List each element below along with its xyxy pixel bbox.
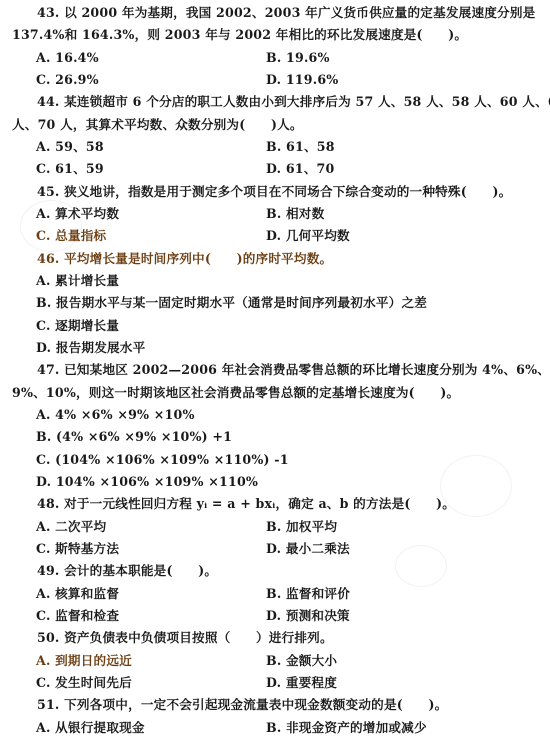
question-48-option-b[interactable]: B. 加权平均 [266,516,337,538]
question-48-option-d[interactable]: D. 最小二乘法 [266,538,350,560]
question-45-options-row-1: A. 算术平均数 B. 相对数 [0,203,550,225]
question-44-options-row-2: C. 61、59 D. 61、70 [0,158,550,180]
question-46-option-d-row: D. 报告期发展水平 [0,337,550,359]
question-47-option-d-row: D. 104% ×106% ×109% ×110% [0,471,550,493]
question-47-stem-line-1: 47. 已知某地区 2002—2006 年社会消费品零售总额的环比增长速度分别为… [0,359,550,381]
question-44-option-c[interactable]: C. 61、59 [36,158,104,180]
question-43-option-b[interactable]: B. 19.6% [266,47,330,69]
question-46-option-c[interactable]: C. 逐期增长量 [36,315,119,337]
question-45-stem: 45. 狭义地讲，指数是用于测定多个项目在不同场合下综合变动的一种特殊( )。 [0,181,550,203]
question-44-option-a[interactable]: A. 59、58 [36,136,104,158]
question-47-option-c-row: C. (104% ×106% ×109% ×110%) -1 [0,449,550,471]
exam-page: 43. 以 2000 年为基期，我国 2002、2003 年广义货币供应量的定基… [0,0,550,750]
question-48-stem: 48. 对于一元线性回归方程 yᵢ = a + bxᵢ，确定 a、b 的方法是(… [0,493,550,515]
question-46-option-a[interactable]: A. 累计增长量 [36,270,119,292]
question-43-options-row-2: C. 26.9% D. 119.6% [0,69,550,91]
question-47-option-a-row: A. 4% ×6% ×9% ×10% [0,404,550,426]
question-43-stem-line-1: 43. 以 2000 年为基期，我国 2002、2003 年广义货币供应量的定基… [0,2,550,24]
question-49-options-row-1: A. 核算和监督 B. 监督和评价 [0,583,550,605]
question-47-option-b-row: B. (4% ×6% ×9% ×10%) +1 [0,426,550,448]
question-47-stem-line-2: 9%、10%，则这一时期该地区社会消费品零售总额的定基增长速度为( )。 [0,382,550,404]
question-51-option-a[interactable]: A. 从银行提取现金 [36,717,145,739]
question-46-option-a-row: A. 累计增长量 [0,270,550,292]
question-46-stem: 46. 平均增长量是时间序列中( )的序时平均数。 [0,248,550,270]
question-46-option-b[interactable]: B. 报告期水平与某一固定时期水平（通常是时间序列最初水平）之差 [36,292,427,314]
question-51-stem: 51. 下列各项中，一定不会引起现金流量表中现金数额变动的是( )。 [0,694,550,716]
question-49-option-c[interactable]: C. 监督和检查 [36,605,119,627]
question-47-option-c[interactable]: C. (104% ×106% ×109% ×110%) -1 [36,449,289,471]
question-48-options-row-1: A. 二次平均 B. 加权平均 [0,516,550,538]
question-47-option-a[interactable]: A. 4% ×6% ×9% ×10% [36,404,195,426]
question-43-option-a[interactable]: A. 16.4% [36,47,99,69]
question-51-option-b[interactable]: B. 非现金资产的增加或减少 [266,717,427,739]
question-46-option-b-row: B. 报告期水平与某一固定时期水平（通常是时间序列最初水平）之差 [0,292,550,314]
question-49-option-a[interactable]: A. 核算和监督 [36,583,119,605]
question-50-option-d[interactable]: D. 重要程度 [266,672,337,694]
question-43-option-c[interactable]: C. 26.9% [36,69,99,91]
question-48-option-c[interactable]: C. 斯特基方法 [36,538,119,560]
question-49-stem: 49. 会计的基本职能是( )。 [0,560,550,582]
question-47-option-b[interactable]: B. (4% ×6% ×9% ×10%) +1 [36,426,232,448]
question-49-options-row-2: C. 监督和检查 D. 预测和决策 [0,605,550,627]
question-50-option-c[interactable]: C. 发生时间先后 [36,672,132,694]
question-49-option-b[interactable]: B. 监督和评价 [266,583,350,605]
question-46-option-c-row: C. 逐期增长量 [0,315,550,337]
question-44-stem-line-2: 人、70 人，其算术平均数、众数分别为( )人。 [0,114,550,136]
question-51-options-row-1: A. 从银行提取现金 B. 非现金资产的增加或减少 [0,717,550,739]
question-50-options-row-2: C. 发生时间先后 D. 重要程度 [0,672,550,694]
question-50-stem: 50. 资产负债表中负债项目按照（ ）进行排列。 [0,627,550,649]
question-50-option-a[interactable]: A. 到期日的远近 [36,650,132,672]
question-44-options-row-1: A. 59、58 B. 61、58 [0,136,550,158]
question-45-option-d[interactable]: D. 几何平均数 [266,225,350,247]
question-45-options-row-2: C. 总量指标 D. 几何平均数 [0,225,550,247]
question-50-options-row-1: A. 到期日的远近 B. 金额大小 [0,650,550,672]
question-45-option-a[interactable]: A. 算术平均数 [36,203,119,225]
question-48-option-a[interactable]: A. 二次平均 [36,516,106,538]
question-49-option-d[interactable]: D. 预测和决策 [266,605,350,627]
question-47-option-d[interactable]: D. 104% ×106% ×109% ×110% [36,471,258,493]
question-44-option-b[interactable]: B. 61、58 [266,136,335,158]
question-44-stem-line-1: 44. 某连锁超市 6 个分店的职工人数由小到大排序后为 57 人、58 人、5… [0,91,550,113]
question-48-options-row-2: C. 斯特基方法 D. 最小二乘法 [0,538,550,560]
question-45-option-b[interactable]: B. 相对数 [266,203,324,225]
question-46-option-d[interactable]: D. 报告期发展水平 [36,337,145,359]
question-43-stem-line-2: 137.4%和 164.3%，则 2003 年与 2002 年相比的环比发展速度… [0,24,550,46]
question-43-option-d[interactable]: D. 119.6% [266,69,338,91]
question-50-option-b[interactable]: B. 金额大小 [266,650,337,672]
question-43-options-row-1: A. 16.4% B. 19.6% [0,47,550,69]
question-45-option-c[interactable]: C. 总量指标 [36,225,106,247]
question-44-option-d[interactable]: D. 61、70 [266,158,335,180]
